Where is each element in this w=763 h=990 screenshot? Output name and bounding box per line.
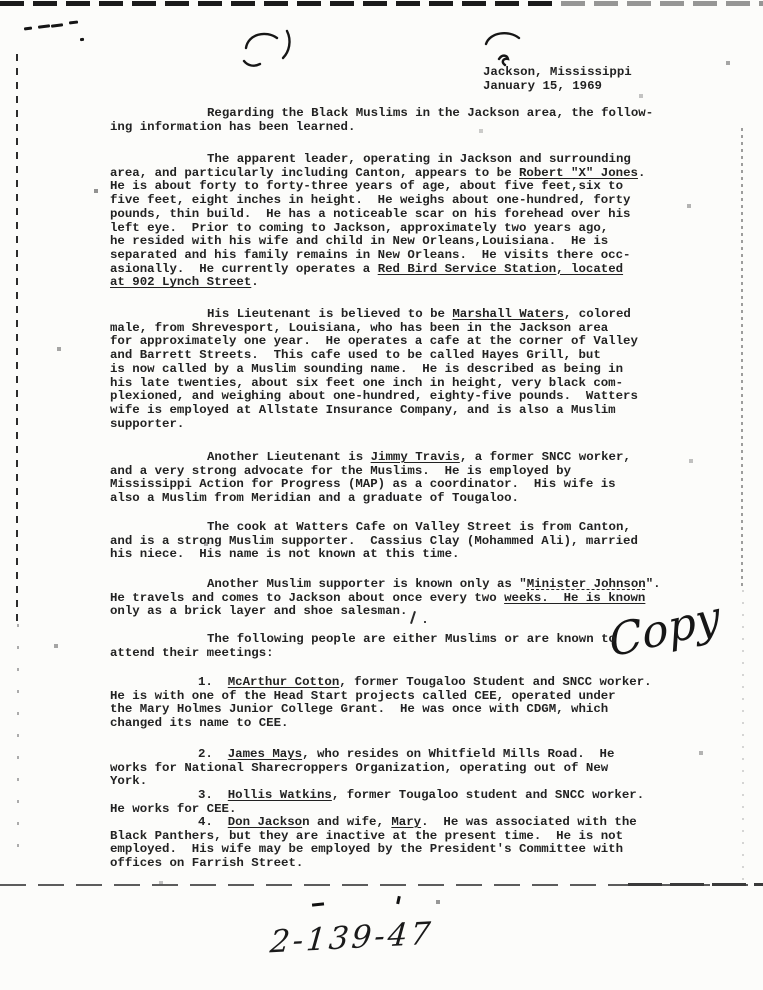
document-line: Black Panthers, but they are inactive at… bbox=[110, 830, 662, 844]
text-segment: the Mary Holmes Junior College Grant. He… bbox=[110, 702, 608, 716]
text-segment: supporter. bbox=[110, 417, 184, 431]
document-line: He is about forty to forty-three years o… bbox=[110, 180, 662, 194]
document-line: left eye. Prior to coming to Jackson, ap… bbox=[110, 222, 662, 236]
text-segment: n and wife, bbox=[302, 815, 391, 829]
document-line: only as a brick layer and shoe salesman. bbox=[110, 605, 662, 619]
text-segment: plexioned, and weighing about one-hundre… bbox=[110, 389, 638, 403]
intro-paragraph: Regarding the Black Muslims in the Jacks… bbox=[110, 107, 662, 134]
document-line: offices on Farrish Street. bbox=[110, 857, 662, 871]
document-line: ing information has been learned. bbox=[110, 121, 662, 135]
text-segment: his niece. His name is not known at this… bbox=[110, 547, 459, 561]
document-line: pounds, thin build. He has a noticeable … bbox=[110, 208, 662, 222]
text-segment: Another Lieutenant is bbox=[207, 450, 371, 464]
stray-pen-dot bbox=[424, 621, 426, 623]
document-line: he resided with his wife and child in Ne… bbox=[110, 235, 662, 249]
text-segment: 3. bbox=[198, 788, 228, 802]
text-segment: 2. bbox=[198, 747, 228, 761]
document-line: Mississippi Action for Progress (MAP) as… bbox=[110, 478, 662, 492]
document-line: the Mary Holmes Junior College Grant. He… bbox=[110, 703, 662, 717]
text-segment: he resided with his wife and child in Ne… bbox=[110, 234, 608, 248]
text-segment: The following people are either Muslims … bbox=[207, 632, 616, 646]
document-line: also a Muslim from Meridian and a gradua… bbox=[110, 492, 662, 506]
text-segment: , colored bbox=[564, 307, 631, 321]
list-item-2: 2. James Mays, who resides on Whitfield … bbox=[110, 748, 662, 789]
lieutenant-waters-paragraph: His Lieutenant is believed to be Marshal… bbox=[110, 308, 662, 431]
underlined-text: at 902 Lynch Street bbox=[110, 275, 251, 289]
text-segment: employed. His wife may be employed by th… bbox=[110, 842, 623, 856]
handwritten-file-number: 2-139-47 bbox=[269, 916, 435, 961]
hole-punch-arc-right bbox=[482, 26, 530, 70]
text-segment: York. bbox=[110, 774, 147, 788]
text-segment: and is a strong Muslim supporter. Cassiu… bbox=[110, 534, 638, 548]
document-line: five feet, eight inches in height. He we… bbox=[110, 194, 662, 208]
document-line: attend their meetings: bbox=[110, 647, 662, 661]
text-segment: Regarding the Black Muslims in the Jacks… bbox=[207, 106, 653, 120]
document-line: asionally. He currently operates a Red B… bbox=[110, 263, 662, 277]
text-segment: He works for CEE. bbox=[110, 802, 236, 816]
scan-specks bbox=[0, 0, 2, 2]
file-number-dash-mark bbox=[312, 902, 324, 906]
underlined-text: Hollis Watkins bbox=[228, 788, 332, 802]
hole-punch-arc-left bbox=[236, 26, 294, 72]
text-segment: ing information has been learned. bbox=[110, 120, 355, 134]
text-segment: , former Tougaloo student and SNCC worke… bbox=[332, 788, 644, 802]
list-item-4: 4. Don Jackson and wife, Mary. He was as… bbox=[110, 816, 662, 871]
document-line: His Lieutenant is believed to be Marshal… bbox=[110, 308, 662, 322]
text-segment: The cook at Watters Cafe on Valley Stree… bbox=[207, 520, 631, 534]
text-segment: Another Muslim supporter is known only a… bbox=[207, 577, 527, 591]
underlined-text: Robert "X" Jones bbox=[519, 166, 638, 180]
text-segment: pounds, thin build. He has a noticeable … bbox=[110, 207, 631, 221]
meetings-intro-paragraph: The following people are either Muslims … bbox=[110, 633, 662, 660]
document-line: supporter. bbox=[110, 418, 662, 432]
text-segment: only as a brick layer and shoe salesman. bbox=[110, 604, 407, 618]
dateline: Jackson, MississippiJanuary 15, 1969 bbox=[483, 66, 632, 93]
text-segment: . He was associated with the bbox=[421, 815, 637, 829]
text-segment: separated and his family remains in New … bbox=[110, 248, 631, 262]
text-segment: changed its name to CEE. bbox=[110, 716, 288, 730]
document-line: wife is employed at Allstate Insurance C… bbox=[110, 404, 662, 418]
document-line: and a very strong advocate for the Musli… bbox=[110, 465, 662, 479]
text-segment: wife is employed at Allstate Insurance C… bbox=[110, 403, 616, 417]
text-segment: , former Tougaloo Student and SNCC worke… bbox=[339, 675, 651, 689]
underlined-text: James Mays bbox=[228, 747, 302, 761]
document-line: He travels and comes to Jackson about on… bbox=[110, 592, 662, 606]
scan-edge-strip-fade bbox=[555, 0, 763, 9]
left-fold-line-faint bbox=[17, 624, 19, 864]
text-segment: and a very strong advocate for the Musli… bbox=[110, 464, 571, 478]
underlined-text: Minister Johnson bbox=[527, 577, 646, 591]
document-line: 1. McArthur Cotton, former Tougaloo Stud… bbox=[110, 676, 662, 690]
underlined-text: weeks. He is known bbox=[504, 591, 645, 605]
document-line: and Barrett Streets. This cafe used to b… bbox=[110, 349, 662, 363]
text-segment: Mississippi Action for Progress (MAP) as… bbox=[110, 477, 616, 491]
document-line: changed its name to CEE. bbox=[110, 717, 662, 731]
text-segment: 4. bbox=[198, 815, 228, 829]
text-segment: left eye. Prior to coming to Jackson, ap… bbox=[110, 221, 608, 235]
pen-scratch-marks bbox=[24, 20, 94, 60]
underlined-text: Mary bbox=[391, 815, 421, 829]
text-segment: He is about forty to forty-three years o… bbox=[110, 179, 623, 193]
document-line: male, from Shrevesport, Louisiana, who h… bbox=[110, 322, 662, 336]
text-segment: works for National Sharecroppers Organiz… bbox=[110, 761, 608, 775]
file-number-tick-mark bbox=[396, 896, 400, 904]
underlined-text: Don Jackso bbox=[228, 815, 302, 829]
document-line: for approximately one year. He operates … bbox=[110, 335, 662, 349]
text-segment: 1. bbox=[198, 675, 228, 689]
document-line: January 15, 1969 bbox=[483, 80, 632, 94]
text-segment: His Lieutenant is believed to be bbox=[207, 307, 452, 321]
text-segment: , a former SNCC worker, bbox=[460, 450, 631, 464]
document-line: is now called by a Muslim sounding name.… bbox=[110, 363, 662, 377]
right-fold-line-faint bbox=[742, 590, 744, 890]
left-fold-line bbox=[16, 54, 18, 624]
text-segment: area, and particularly including Canton,… bbox=[110, 166, 519, 180]
text-segment: his late twenties, about six feet one in… bbox=[110, 376, 623, 390]
document-line: separated and his family remains in New … bbox=[110, 249, 662, 263]
list-item-3: 3. Hollis Watkins, former Tougaloo stude… bbox=[110, 789, 662, 816]
right-fold-line bbox=[741, 128, 743, 588]
bottom-fold-line-dark bbox=[628, 883, 763, 886]
text-segment: ". bbox=[646, 577, 661, 591]
document-line: and is a strong Muslim supporter. Cassiu… bbox=[110, 535, 662, 549]
document-line: Another Lieutenant is Jimmy Travis, a fo… bbox=[110, 451, 662, 465]
document-line: works for National Sharecroppers Organiz… bbox=[110, 762, 662, 776]
document-line: his late twenties, about six feet one in… bbox=[110, 377, 662, 391]
text-segment: . bbox=[251, 275, 258, 289]
minister-johnson-paragraph: Another Muslim supporter is known only a… bbox=[110, 578, 662, 619]
document-line: plexioned, and weighing about one-hundre… bbox=[110, 390, 662, 404]
text-segment: , who resides on Whitfield Mills Road. H… bbox=[302, 747, 614, 761]
text-segment: asionally. He currently operates a bbox=[110, 262, 378, 276]
scanned-document-page: Copy 2-139-47 Jackson, MississippiJanuar… bbox=[0, 0, 763, 990]
text-segment: He travels and comes to Jackson about on… bbox=[110, 591, 504, 605]
document-line: employed. His wife may be employed by th… bbox=[110, 843, 662, 857]
underlined-text: Red Bird Service Station, located bbox=[378, 262, 623, 276]
underlined-text: McArthur Cotton bbox=[228, 675, 340, 689]
text-segment: for approximately one year. He operates … bbox=[110, 334, 638, 348]
text-segment: male, from Shrevesport, Louisiana, who h… bbox=[110, 321, 608, 335]
text-segment: January 15, 1969 bbox=[483, 79, 602, 93]
cook-paragraph: The cook at Watters Cafe on Valley Stree… bbox=[110, 521, 662, 562]
text-segment: attend their meetings: bbox=[110, 646, 274, 660]
lieutenant-travis-paragraph: Another Lieutenant is Jimmy Travis, a fo… bbox=[110, 451, 662, 506]
text-segment: Jackson, Mississippi bbox=[483, 65, 632, 79]
list-item-1: 1. McArthur Cotton, former Tougaloo Stud… bbox=[110, 676, 662, 731]
text-segment: and Barrett Streets. This cafe used to b… bbox=[110, 348, 601, 362]
text-segment: The apparent leader, operating in Jackso… bbox=[207, 152, 631, 166]
document-line: his niece. His name is not known at this… bbox=[110, 548, 662, 562]
document-line: Another Muslim supporter is known only a… bbox=[110, 578, 662, 592]
text-segment: Black Panthers, but they are inactive at… bbox=[110, 829, 623, 843]
text-segment: is now called by a Muslim sounding name.… bbox=[110, 362, 623, 376]
document-line: 3. Hollis Watkins, former Tougaloo stude… bbox=[110, 789, 662, 803]
document-line: The apparent leader, operating in Jackso… bbox=[110, 153, 662, 167]
document-line: The following people are either Muslims … bbox=[110, 633, 662, 647]
document-line: at 902 Lynch Street. bbox=[110, 276, 662, 290]
text-segment: He is with one of the Head Start project… bbox=[110, 689, 616, 703]
leader-paragraph: The apparent leader, operating in Jackso… bbox=[110, 153, 662, 290]
document-line: Regarding the Black Muslims in the Jacks… bbox=[110, 107, 662, 121]
text-segment: . bbox=[638, 166, 645, 180]
text-segment: five feet, eight inches in height. He we… bbox=[110, 193, 631, 207]
underlined-text: Jimmy Travis bbox=[371, 450, 460, 464]
document-line: 4. Don Jackson and wife, Mary. He was as… bbox=[110, 816, 662, 830]
document-line: area, and particularly including Canton,… bbox=[110, 167, 662, 181]
document-line: He is with one of the Head Start project… bbox=[110, 690, 662, 704]
text-segment: also a Muslim from Meridian and a gradua… bbox=[110, 491, 519, 505]
document-line: The cook at Watters Cafe on Valley Stree… bbox=[110, 521, 662, 535]
document-line: Jackson, Mississippi bbox=[483, 66, 632, 80]
underlined-text: Marshall Waters bbox=[452, 307, 564, 321]
document-line: 2. James Mays, who resides on Whitfield … bbox=[110, 748, 662, 762]
text-segment: offices on Farrish Street. bbox=[110, 856, 303, 870]
